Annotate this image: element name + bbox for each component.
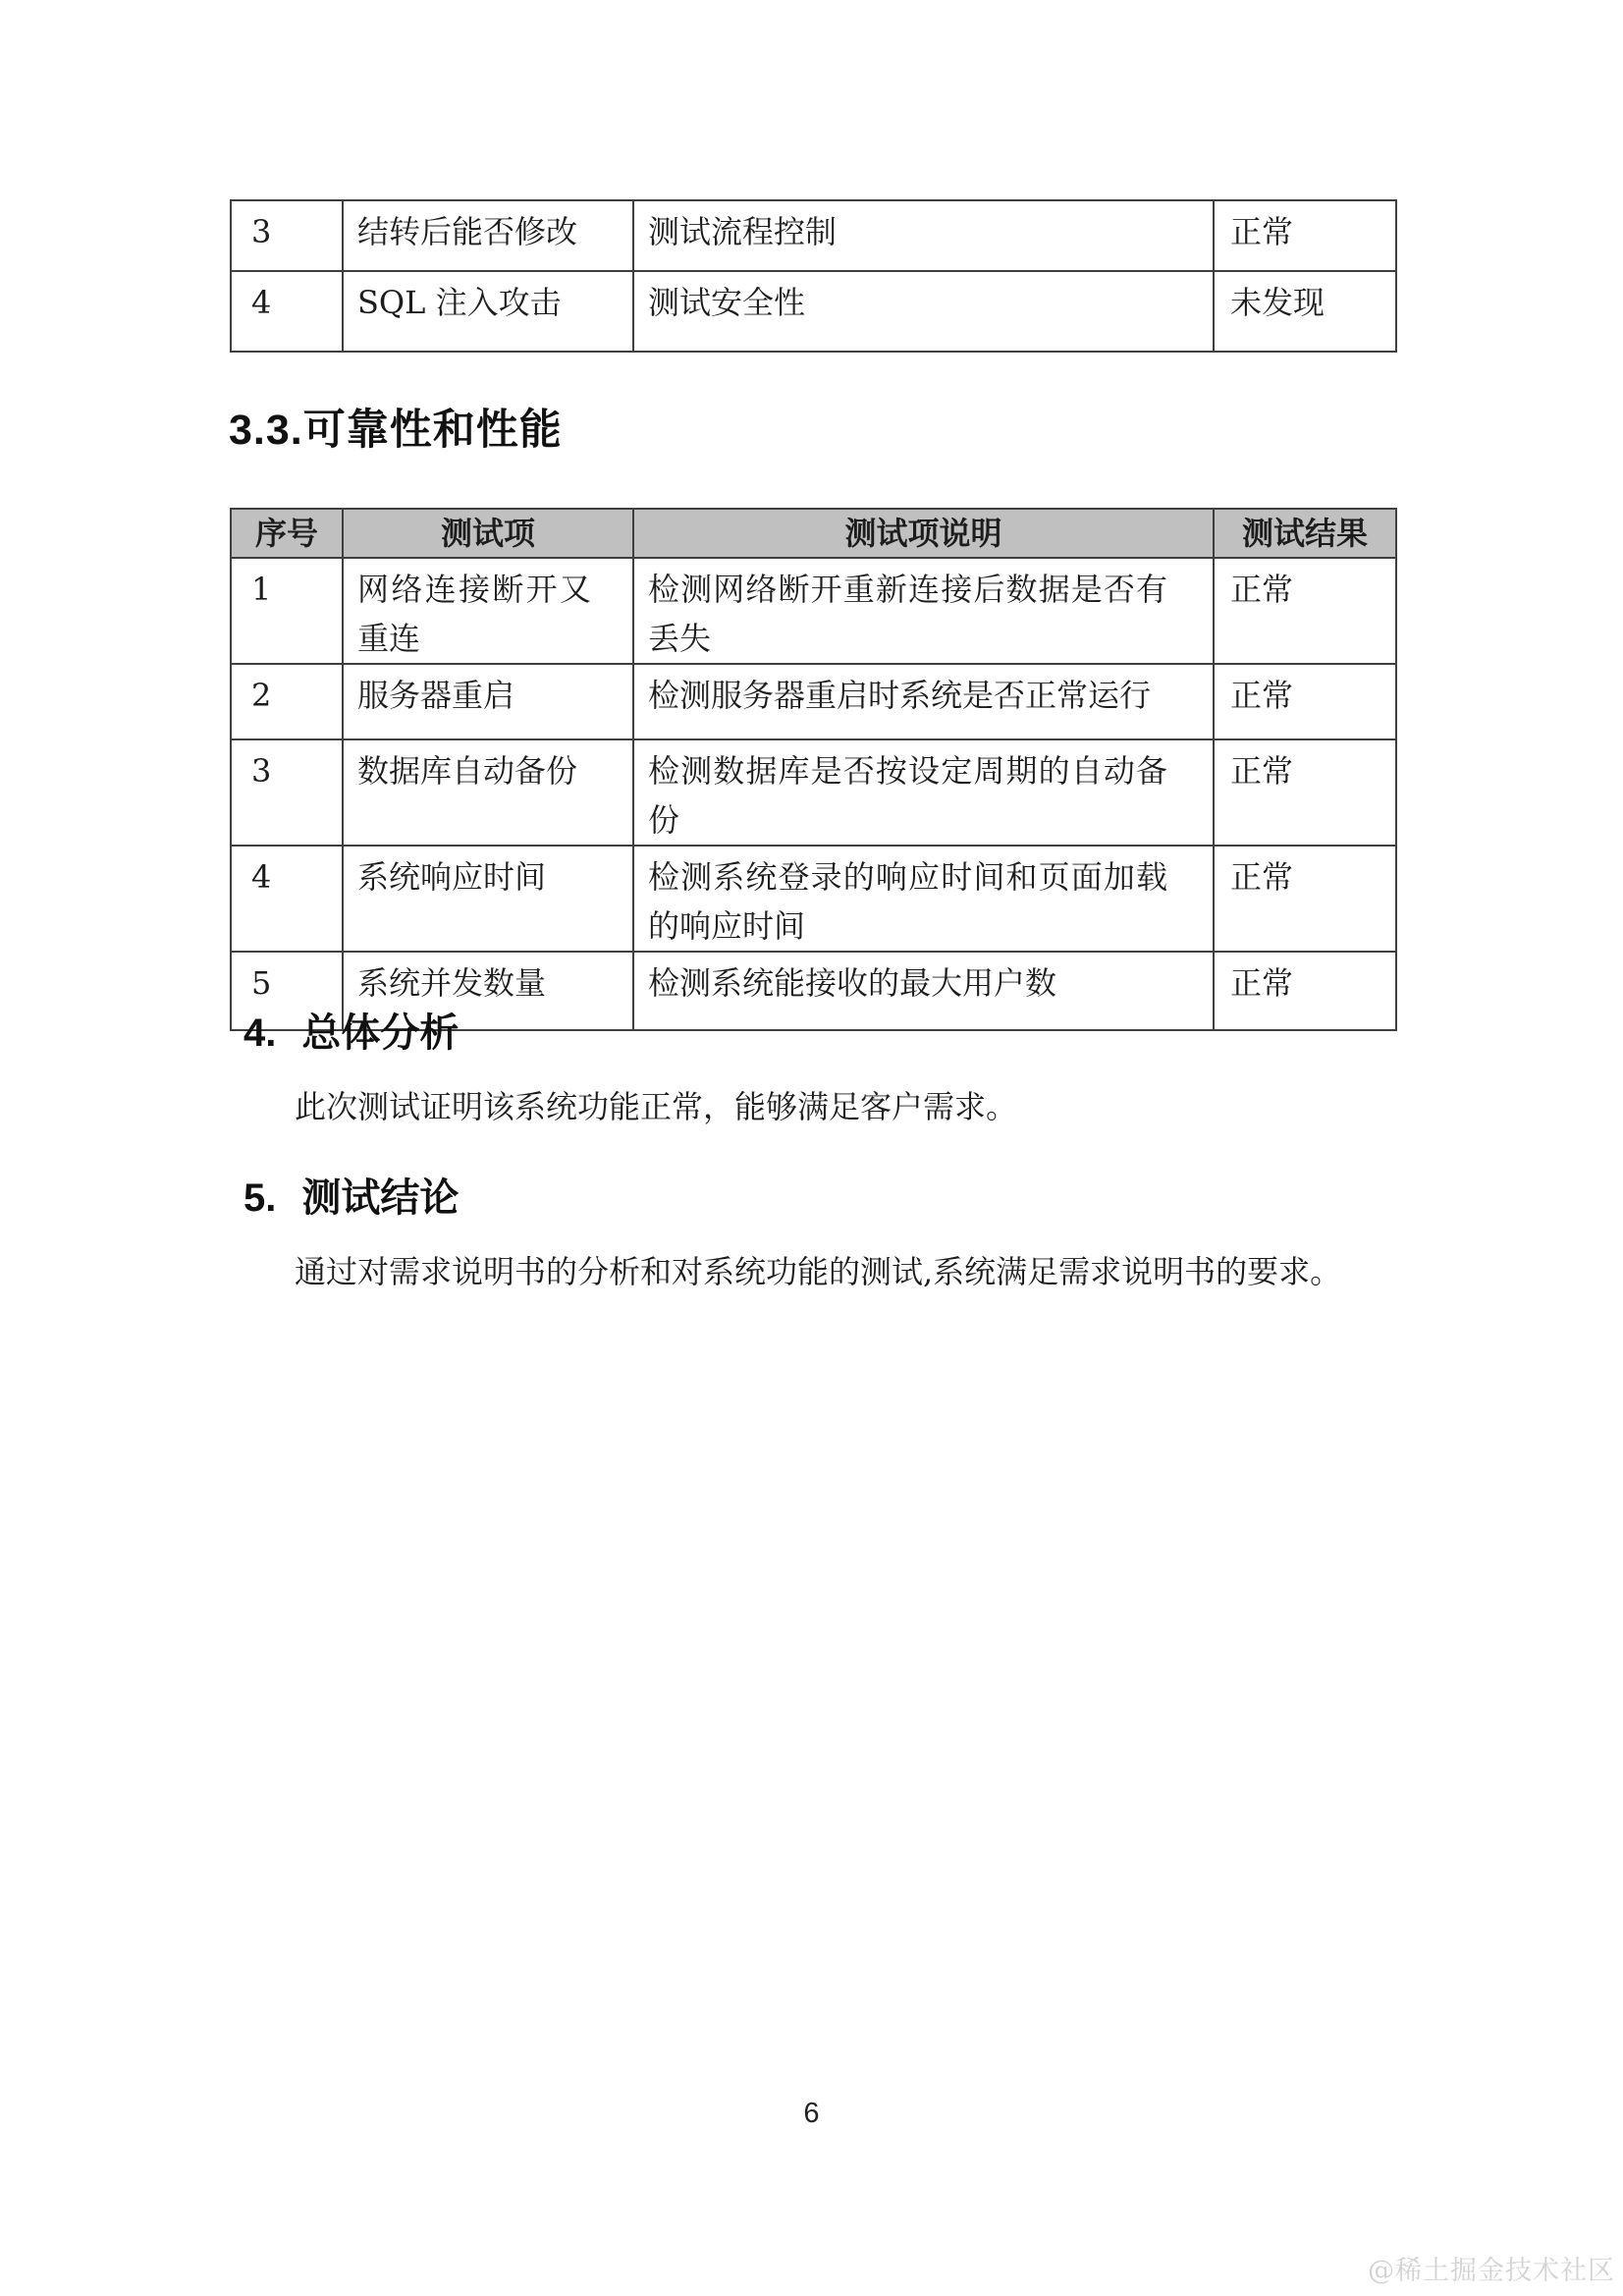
row-no: 3 bbox=[231, 200, 343, 271]
row-result: 正常 bbox=[1214, 664, 1396, 739]
row-result: 未发现 bbox=[1214, 271, 1396, 352]
continuation-table: 3 结转后能否修改 测试流程控制 正常 4 SQL 注入攻击 测试安全性 未发现 bbox=[230, 199, 1397, 353]
table-row: 4 SQL 注入攻击 测试安全性 未发现 bbox=[231, 271, 1396, 352]
table-row: 3 数据库自动备份 检测数据库是否按设定周期的自动备份 正常 bbox=[231, 739, 1396, 846]
row-no: 3 bbox=[231, 739, 343, 846]
row-result: 正常 bbox=[1214, 200, 1396, 271]
row-desc: 检测网络断开重新连接后数据是否有丢失 bbox=[633, 558, 1214, 664]
section-5-paragraph: 通过对需求说明书的分析和对系统功能的测试,系统满足需求说明书的要求。 bbox=[295, 1249, 1453, 1294]
header-desc: 测试项说明 bbox=[633, 509, 1214, 558]
row-item: 网络连接断开又重连 bbox=[343, 558, 633, 664]
section-3-3-heading: 3.3.可靠性和性能 bbox=[229, 397, 563, 457]
row-desc: 检测服务器重启时系统是否正常运行 bbox=[633, 664, 1214, 739]
section-4-heading: 4.总体分析 bbox=[243, 1002, 459, 1058]
row-item: 结转后能否修改 bbox=[343, 200, 633, 271]
header-result: 测试结果 bbox=[1214, 509, 1396, 558]
table-row: 3 结转后能否修改 测试流程控制 正常 bbox=[231, 200, 1396, 271]
section-4-paragraph: 此次测试证明该系统功能正常，能够满足客户需求。 bbox=[295, 1084, 1453, 1129]
row-no: 4 bbox=[231, 271, 343, 352]
document-page: 3 结转后能否修改 测试流程控制 正常 4 SQL 注入攻击 测试安全性 未发现… bbox=[0, 0, 1623, 2296]
row-desc: 检测系统登录的响应时间和页面加载的响应时间 bbox=[633, 846, 1214, 952]
row-no: 4 bbox=[231, 846, 343, 952]
row-desc: 测试安全性 bbox=[633, 271, 1214, 352]
reliability-table: 序号 测试项 测试项说明 测试结果 1 网络连接断开又重连 检测网络断开重新连接… bbox=[230, 508, 1397, 1031]
row-item: 服务器重启 bbox=[343, 664, 633, 739]
table-header-row: 序号 测试项 测试项说明 测试结果 bbox=[231, 509, 1396, 558]
row-desc: 检测数据库是否按设定周期的自动备份 bbox=[633, 739, 1214, 846]
header-item: 测试项 bbox=[343, 509, 633, 558]
section-5-number: 5. bbox=[243, 1176, 276, 1221]
row-result: 正常 bbox=[1214, 846, 1396, 952]
row-item: 数据库自动备份 bbox=[343, 739, 633, 846]
row-desc: 检测系统能接收的最大用户数 bbox=[633, 952, 1214, 1030]
section-4-title: 总体分析 bbox=[301, 1011, 459, 1055]
section-4-number: 4. bbox=[243, 1011, 276, 1056]
row-item: SQL 注入攻击 bbox=[343, 271, 633, 352]
row-item: 系统响应时间 bbox=[343, 846, 633, 952]
row-result: 正常 bbox=[1214, 739, 1396, 846]
row-result: 正常 bbox=[1214, 558, 1396, 664]
section-5-heading: 5.测试结论 bbox=[243, 1167, 459, 1223]
row-desc: 测试流程控制 bbox=[633, 200, 1214, 271]
table-row: 1 网络连接断开又重连 检测网络断开重新连接后数据是否有丢失 正常 bbox=[231, 558, 1396, 664]
row-result: 正常 bbox=[1214, 952, 1396, 1030]
table-row: 4 系统响应时间 检测系统登录的响应时间和页面加载的响应时间 正常 bbox=[231, 846, 1396, 952]
section-5-title: 测试结论 bbox=[301, 1176, 459, 1220]
row-no: 1 bbox=[231, 558, 343, 664]
row-no: 2 bbox=[231, 664, 343, 739]
header-no: 序号 bbox=[231, 509, 343, 558]
watermark: @稀土掘金技术社区 bbox=[1368, 2249, 1615, 2287]
table-row: 2 服务器重启 检测服务器重启时系统是否正常运行 正常 bbox=[231, 664, 1396, 739]
page-number: 6 bbox=[0, 2098, 1623, 2130]
